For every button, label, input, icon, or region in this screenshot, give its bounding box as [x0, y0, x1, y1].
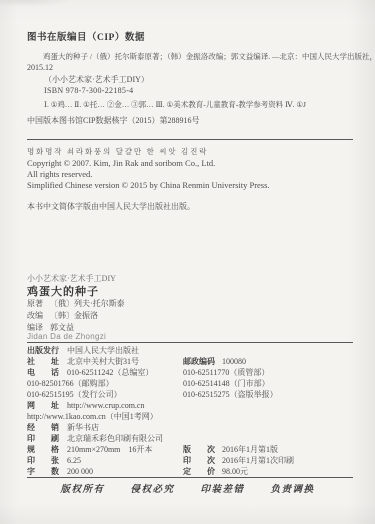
colophon-value-right: 010-62511770（质管部） — [183, 368, 269, 377]
colophon-label: 印 张 — [27, 455, 67, 466]
colophon-value: 200 000 — [67, 467, 93, 476]
copyright-line-3: Simplified Chinese version © 2015 by Chi… — [27, 180, 270, 190]
divider-line-top — [27, 139, 353, 140]
credit-name: 〔韩〕金振洛 — [50, 311, 98, 320]
colophon-row-wordcount: 字 数200 000定 价98.00元 — [27, 466, 357, 477]
colophon-label: 网 址 — [27, 400, 67, 411]
cip-entry-line1: 鸡蛋大的种子 /（俄）托尔斯泰原著；（韩）金振洛改编；郭文益编译. —北京：中国… — [27, 52, 375, 62]
colophon-label-right: 邮政编码 — [183, 357, 215, 366]
copyright-line-2: All rights reserved. — [27, 169, 92, 179]
credit-label: 改编 — [27, 311, 43, 320]
colophon-value: 010-82501766（邮购部） — [27, 379, 114, 388]
colophon-value: 010-62511242（总编室） — [67, 368, 153, 377]
colophon-value-right: 010-62515275（盗版举报） — [183, 390, 278, 399]
isbn-line: ISBN 978-7-300-22185-4 — [44, 86, 133, 96]
credit-name: 〔俄〕列夫·托尔斯泰 — [50, 299, 125, 308]
colophon-label: 字 数 — [27, 466, 67, 477]
colophon-value-right: 2016年1月第1版 — [222, 445, 278, 454]
colophon-value: http://www.crup.com.cn — [67, 401, 144, 410]
copyright-line-1: Copyright © 2007. Kim, Jin Rak and sorib… — [27, 158, 215, 168]
copyright-page: 图书在版编目（CIP）数据 鸡蛋大的种子 /（俄）托尔斯泰原著；（韩）金振洛改编… — [0, 0, 375, 524]
colophon-row-phone-2: 010-82501766（邮购部）010-62514148（门市部） — [27, 378, 357, 389]
footer-phrase: 负责调换 — [271, 481, 315, 495]
colophon-label: 印 刷 — [27, 433, 67, 444]
colophon-value: 210mm×270mm 16开本 — [67, 445, 152, 454]
credit-label: 原著 — [27, 299, 43, 308]
book-title: 鸡蛋大的种子 — [27, 283, 99, 299]
footer-phrase: 版权所有 — [60, 481, 104, 495]
colophon-row-address: 社 址北京中关村大街31号邮政编码100080 — [27, 356, 357, 367]
colophon-label-right: 定 价 — [183, 467, 215, 476]
colophon-value: http://www.1kao.com.cn（中国1考网） — [27, 412, 158, 421]
colophon-label: 社 址 — [27, 356, 67, 367]
chinese-edition-note: 本书中文简体字版由中国人民大学出版社出版。 — [27, 202, 195, 212]
colophon-row-publisher: 出版发行中国人民大学出版社 — [27, 345, 357, 356]
colophon-row-sheets: 印 张6.25印 次2016年1月第1次印刷 — [27, 455, 357, 466]
colophon-value: 北京瑞禾彩色印刷有限公司 — [67, 434, 163, 443]
divider-line-bottom — [27, 477, 353, 478]
footer-phrase: 印装差错 — [201, 481, 245, 495]
divider-line-middle — [27, 342, 353, 343]
colophon-row-format: 规 格210mm×270mm 16开本版 次2016年1月第1版 — [27, 444, 357, 455]
colophon-label-right: 印 次 — [183, 456, 215, 465]
colophon-value-right: 2016年1月第1次印刷 — [222, 456, 294, 465]
colophon-row-phone-1: 电 话010-62511242（总编室）010-62511770（质管部） — [27, 367, 357, 378]
colophon-label: 出版发行 — [27, 345, 67, 356]
cip-classification-line: Ⅰ. ①鸡… Ⅱ. ①托… ②金… ③郭… Ⅲ. ①美术教育-儿童教育-教学参考… — [44, 100, 306, 110]
colophon-value-right: 98.00元 — [222, 467, 248, 476]
credit-name: 郭文益 — [50, 323, 74, 332]
credit-row-adapter: 改编〔韩〕金振洛 — [27, 311, 98, 321]
colophon-row-website-1: 网 址http://www.crup.com.cn — [27, 400, 357, 411]
cip-entry-line2: 2015.12 — [27, 63, 53, 73]
colophon-value: 北京中关村大街31号 — [67, 357, 139, 366]
colophon-row-printer: 印 刷北京瑞禾彩色印刷有限公司 — [27, 433, 357, 444]
colophon-row-distributor: 经 销新华书店 — [27, 422, 357, 433]
colophon-row-phone-3: 010-62515195（发行公司）010-62515275（盗版举报） — [27, 389, 357, 400]
footer-notice: 版权所有 侵权必究 印装差错 负责调换 — [0, 481, 375, 495]
colophon-label: 经 销 — [27, 422, 67, 433]
pinyin-title: Jidan Da de Zhongzi — [27, 332, 106, 341]
cip-header: 图书在版编目（CIP）数据 — [27, 29, 145, 43]
colophon-label-right: 版 次 — [183, 445, 215, 454]
cip-series-note: （小小艺术家·艺术手工DIY） — [44, 75, 149, 85]
colophon-value: 中国人民大学出版社 — [67, 346, 139, 355]
korean-original-title: 명화명작 쇠라화풍의 달걀만 한 씨앗 김진락 — [27, 146, 208, 157]
colophon-value: 新华书店 — [67, 423, 99, 432]
colophon-label: 规 格 — [27, 444, 67, 455]
colophon-table: 出版发行中国人民大学出版社 社 址北京中关村大街31号邮政编码100080 电 … — [27, 345, 357, 477]
colophon-row-website-2: http://www.1kao.com.cn（中国1考网） — [27, 411, 357, 422]
colophon-value: 010-62515195（发行公司） — [27, 390, 122, 399]
credit-row-original-author: 原著〔俄〕列夫·托尔斯泰 — [27, 299, 125, 309]
footer-phrase: 侵权必究 — [130, 481, 174, 495]
colophon-value: 6.25 — [67, 456, 81, 465]
colophon-value-right: 010-62514148（门市部） — [183, 379, 270, 388]
colophon-label: 电 话 — [27, 367, 67, 378]
credit-label: 编译 — [27, 323, 43, 332]
colophon-value-right: 100080 — [222, 357, 246, 366]
cip-record-number: 中国版本图书馆CIP数据核字（2015）第288916号 — [27, 116, 199, 126]
